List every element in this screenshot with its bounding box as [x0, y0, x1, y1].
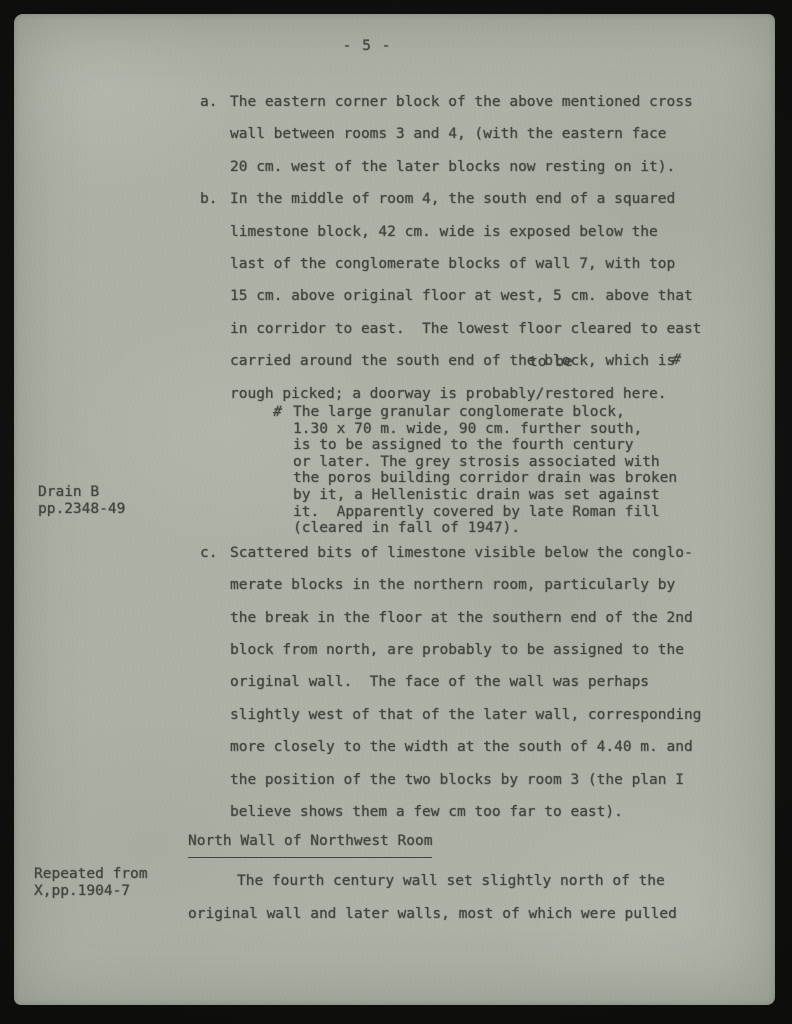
text-line: In the middle of room 4, the south end o… [230, 183, 748, 215]
text-line: the break in the floor at the southern e… [230, 602, 748, 634]
text-line: The large granular conglomerate block, [293, 404, 703, 421]
text-line: slightly west of that of the later wall,… [230, 699, 748, 731]
interlinear-insertion-to-be: to be [529, 354, 573, 370]
list-item-a-text: The eastern corner block of the above me… [230, 86, 748, 183]
margin-note-drain-b: Drain Bpp.2348-49 [38, 484, 125, 517]
text-line: it. Apparently covered by late Roman fil… [293, 504, 703, 521]
text-line: the poros building corridor drain was br… [293, 470, 703, 487]
text-line: or later. The grey strosis associated wi… [293, 454, 703, 471]
list-item-b: b. In the middle of room 4, the south en… [188, 183, 748, 410]
text-line: believe shows them a few cm too far to e… [230, 796, 748, 828]
text-line: carried around the south end of the bloc… [230, 345, 748, 377]
margin-note-repeated-from: Repeated fromX,pp.1904-7 [34, 866, 148, 899]
text-line: Drain B [38, 484, 125, 501]
text-line: block from north, are probably to be ass… [230, 634, 748, 666]
list-item-c-text: Scattered bits of limestone visible belo… [230, 537, 748, 829]
text-line: The eastern corner block of the above me… [230, 86, 748, 118]
main-text-column: a. The eastern corner block of the above… [188, 86, 748, 930]
text-line: last of the conglomerate blocks of wall … [230, 248, 748, 280]
scan-background: - 5 - a. The eastern corner block of the… [0, 0, 792, 1024]
text-line: more closely to the width at the south o… [230, 731, 748, 763]
list-item-a: a. The eastern corner block of the above… [188, 86, 748, 183]
list-letter: b. [188, 183, 230, 410]
text-line: in corridor to east. The lowest floor cl… [230, 313, 748, 345]
footnote-marker-icon: # [272, 404, 283, 421]
text-line: merate blocks in the northern room, part… [230, 569, 748, 601]
text-line: the position of the two blocks by room 3… [230, 764, 748, 796]
list-item-b-text: In the middle of room 4, the south end o… [230, 183, 748, 410]
document-page: - 5 - a. The eastern corner block of the… [14, 14, 775, 1005]
page-number: - 5 - [317, 36, 417, 56]
text-line: wall between rooms 3 and 4, (with the ea… [230, 118, 748, 150]
text-line: is to be assigned to the fourth century [293, 437, 703, 454]
text-line: (cleared in fall of 1947). [293, 520, 703, 537]
text-line: 1.30 x 70 m. wide, 90 cm. further south, [293, 421, 703, 438]
text-line: original wall and later walls, most of w… [188, 898, 748, 930]
closing-paragraph: The fourth century wall set slightly nor… [188, 865, 748, 930]
text-line: original wall. The face of the wall was … [230, 666, 748, 698]
list-letter: c. [188, 537, 230, 829]
section-heading: North Wall of Northwest Room [188, 826, 748, 858]
text-line: by it, a Hellenistic drain was set again… [293, 487, 703, 504]
text-line: limestone block, 42 cm. wide is exposed … [230, 216, 748, 248]
footnote-text: The large granular conglomerate block,1.… [293, 404, 703, 537]
text-line: 20 cm. west of the later blocks now rest… [230, 151, 748, 183]
section-heading-text: North Wall of Northwest Room [188, 826, 432, 858]
list-letter: a. [188, 86, 230, 183]
text-line: The fourth century wall set slightly nor… [188, 865, 748, 897]
text-line: Scattered bits of limestone visible belo… [230, 537, 748, 569]
text-line: 15 cm. above original floor at west, 5 c… [230, 280, 748, 312]
text-line: Repeated from [34, 866, 148, 883]
list-item-c: c. Scattered bits of limestone visible b… [188, 537, 748, 829]
footnote-block: # The large granular conglomerate block,… [293, 404, 703, 537]
text-line: X,pp.1904-7 [34, 883, 148, 900]
text-line: pp.2348-49 [38, 501, 125, 518]
